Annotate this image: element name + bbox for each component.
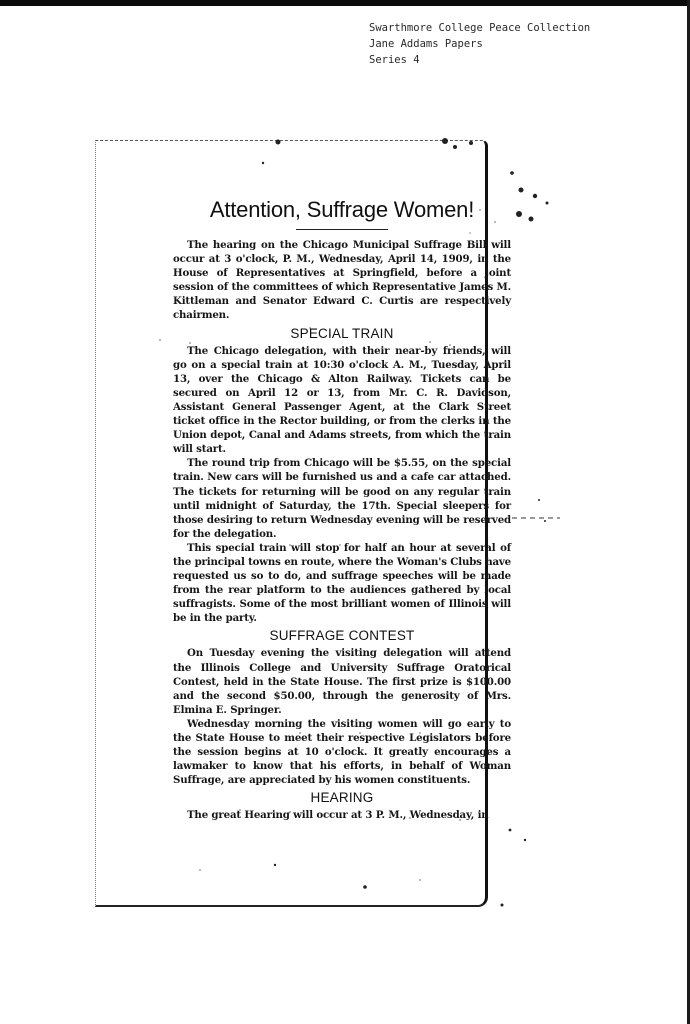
archive-papers: Jane Addams Papers [369, 36, 590, 52]
special-train-paragraph-3: This special train will stop for half an… [173, 541, 511, 626]
suffrage-contest-paragraph-1: On Tuesday evening the visiting delegati… [173, 646, 511, 716]
archive-label: Swarthmore College Peace Collection Jane… [369, 20, 590, 68]
archive-collection: Swarthmore College Peace Collection [369, 20, 590, 36]
special-train-paragraph-2: The round trip from Chicago will be $5.5… [173, 456, 511, 541]
archive-series: Series 4 [369, 52, 590, 68]
notice-title: Attention, Suffrage Women! [173, 197, 511, 223]
heading-suffrage-contest: SUFFRAGE CONTEST [173, 628, 511, 643]
intro-paragraph: The hearing on the Chicago Municipal Suf… [173, 238, 511, 323]
title-rule [296, 229, 388, 230]
hearing-paragraph: The great Hearing will occur at 3 P. M.,… [173, 808, 511, 822]
special-train-paragraph-1: The Chicago delegation, with their near-… [173, 344, 511, 457]
suffrage-contest-paragraph-2: Wednesday morning the visiting women wil… [173, 717, 511, 787]
heading-special-train: SPECIAL TRAIN [173, 326, 511, 341]
scan-top-border [0, 0, 690, 6]
suffrage-notice: Attention, Suffrage Women! The hearing o… [173, 197, 511, 822]
heading-hearing: HEARING [173, 790, 511, 805]
